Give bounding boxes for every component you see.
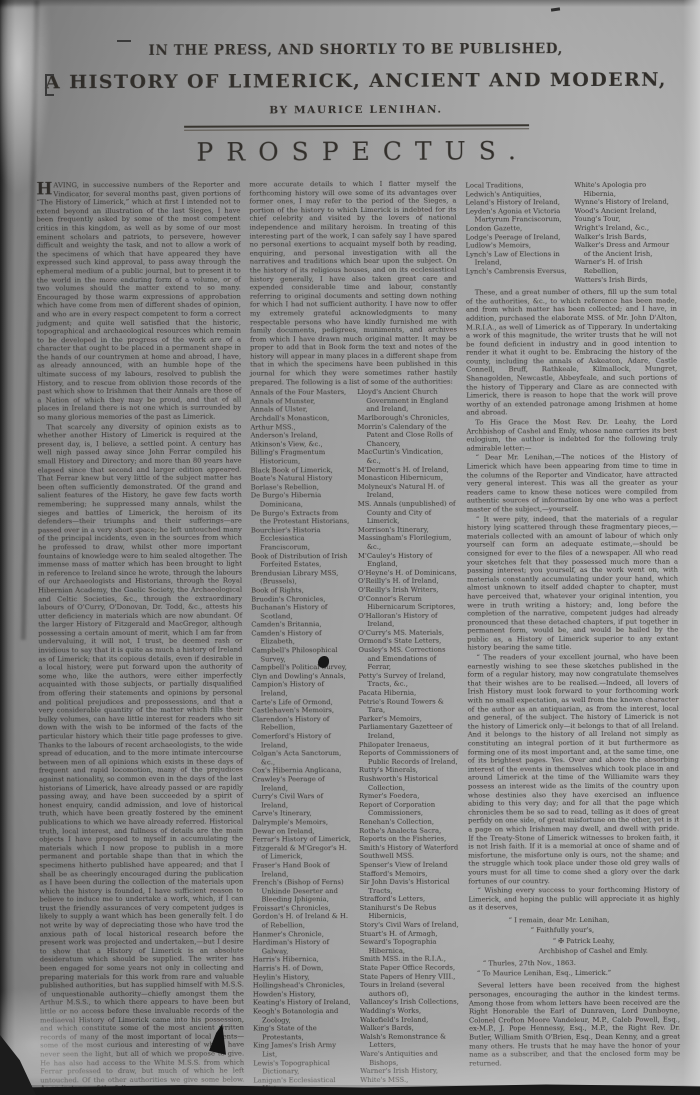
authority-item: Bourchier's Historia Ecclesiastica Franc… [251,526,351,552]
authority-item: Billing's Fragmentum Historicum, [250,448,350,466]
authorities-list-left: Annals of the Four Masters,Annals of Mun… [250,388,353,1095]
authority-item: Stanihurst's De Rebus Hibernicis, [359,903,459,921]
authority-item: Vallancey's Irish Collections, [360,998,460,1007]
authority-item: Ferrar's History of Limerick, [252,835,352,844]
authority-item: Fitzgerald & M'Gregor's H. of Limerick, [252,844,352,862]
authority-item: Molyneux's Natural H. of Ireland, [358,482,458,500]
header-announcement: IN THE PRESS, AND SHORTLY TO BE PUBLISHE… [36,41,676,60]
printed-content: IN THE PRESS, AND SHORTLY TO BE PUBLISHE… [36,25,681,1095]
authority-item: Comerford's History of Ireland, [252,732,352,750]
letter-paragraph: “ Dear Mr. Lenihan,—The notices of the H… [467,453,678,514]
columns-container: HAVING, in successive numbers of the Rep… [36,179,680,1095]
authority-item: O'Curry's MS. Materials, [358,628,458,637]
authorities-list: Annals of the Four Masters,Annals of Mun… [250,388,460,1095]
authority-item: Sir John Davis's Historical Tracts, [359,878,459,896]
authority-item: Marlborough's Chronicles, [357,414,457,423]
letter-paragraph: “ The readers of your excellent journal,… [467,653,679,886]
authority-item: State Papers of Henry VIII., [360,972,460,981]
authority-item: Smith's History of Waterford [359,843,459,852]
divider-rule [184,124,529,131]
authority-item: Seward's Topographia Hibernica, [360,938,460,956]
authority-item: Lynch's Cambrensis Eversus, [466,267,568,276]
authority-item: Lynch's Law of Elections in Ireland, [466,250,568,268]
authority-item: Fraser's Hand Book of Ireland, [252,861,352,879]
authority-item: Petrie's Round Towers & Tara, [359,697,459,715]
authority-item: Story's Civil Wars of Ireland, [360,921,460,930]
authority-item: O'Heyne's H. of Dominicans, [358,568,458,577]
page-byline: BY MAURICE LENIHAN. [36,103,676,118]
authority-item: French's (Bishop of Ferns) Unkinde Deser… [252,878,352,904]
authority-item: Book of Distribution of Irish Forfeited … [251,552,351,570]
authority-item: Curry's Civil Wars of Ireland, [252,792,352,810]
paragraph: HAVING, in successive numbers of the Rep… [36,181,241,423]
authority-item: Buchanan's History of Scotland, [251,603,351,621]
prospectus-page: IN THE PRESS, AND SHORTLY TO BE PUBLISHE… [0,0,700,1095]
authority-item: De Burgo's Extracts from the Protestant … [251,509,351,527]
letter-paragraph: “ It were pity, indeed, that the materia… [467,514,679,652]
signature-line: “ I remain, dear Mr. Lenihan, [509,915,680,924]
page-header: IN THE PRESS, AND SHORTLY TO BE PUBLISHE… [36,25,677,168]
letter-date: “ Thurles, 27th Nov., 1863. [483,959,680,968]
authority-item: Wynne's History of Ireland, [574,198,676,207]
signature-line: “ ✠ Patrick Leahy, [553,937,680,946]
authority-item: Annals of the Four Masters, [250,388,350,397]
authority-item: Hollingshead's Chronicles, [253,981,353,990]
authority-item: State Paper Office Records, [360,964,460,973]
authority-item: O'Connor's Rerum Hibernicarum Scriptores… [358,594,458,612]
paper-edge-top [0,0,700,7]
authority-item: Clarendon's History of Rebellion, [252,715,352,733]
authority-item: Lloyd's Ancient Church Government in Eng… [357,388,457,414]
authority-item: Reports on the Fisheries, [359,835,459,844]
authority-item: Monasticon Hibernicum, [358,474,458,483]
authority-item: Gordon's H. of Ireland & H. of Rebellion… [253,912,353,930]
authority-item: Spenser's View of Ireland [359,860,459,869]
letter-address: “ To Maurice Lenihan, Esq., Limerick.” [477,968,680,977]
authority-item: MacCurtin's Vindication, &c., [357,448,457,466]
authority-item: De Burgo's Hibernia Dominicana, [251,491,351,509]
prospectus-heading: PROSPECTUS. [36,137,676,168]
authority-item: Tours in Ireland (several authors of), [360,981,460,999]
authority-item: Colgan's Acta Sanctorum, &c., [252,749,352,767]
authority-item: Watters's Irish Birds, [575,275,677,284]
authority-item: Parliamentary Gazetteer of Ireland, [359,723,459,741]
authority-item: Leyden's Agonia et Victoria Martyrum Fra… [465,207,567,225]
authorities-list-continued: Local Traditions,Ledwich's Antiquities,L… [465,181,676,285]
paragraph: These, and a great number of others, fil… [466,288,678,418]
authorities-list-right: Lloyd's Ancient Church Government in Eng… [357,388,460,1095]
paper-edge-right [683,0,700,1095]
column-1: HAVING, in successive numbers of the Rep… [36,181,244,1095]
authority-item: Rushworth's Historical Collection, [359,775,459,793]
authority-item: Cox's Hibernia Anglicana, [252,766,352,775]
authority-item: O'Halloran's History of Ireland, [358,611,458,629]
scan-artifact [117,40,131,42]
authority-item: Ousley's MS. Corrections and Emendations… [358,646,458,672]
authority-item: Crawley's Peerage of Ireland, [252,775,352,793]
authorities-list-left: Local Traditions,Ledwich's Antiquities,L… [465,181,567,285]
page-title: A HISTORY OF LIMERICK, ANCIENT AND MODER… [36,69,676,94]
authority-item: Massingham's Florilegium, &c., [358,534,458,552]
authority-item: Reports of Commissioners of Public Recor… [359,749,459,767]
authorities-list-right: White's Apologia pro Hibernia,Wynne's Hi… [574,181,676,285]
column-3: Local Traditions,Ledwich's Antiquities,L… [465,179,680,1095]
authority-item: Morrin's Calendary of the Patent and Clo… [357,422,457,448]
authority-item: Leland's History of Ireland, [465,198,567,207]
authority-item: Keogh's Botanologia and Zoology, [253,1007,353,1025]
authority-item: Brendusian Library MSS, (Brussels), [251,569,351,587]
paragraph: To His Grace the Most Rev. Dr. Leahy, th… [466,418,677,453]
paragraph: more accurate details to which I flatter… [249,180,457,387]
column-2: more accurate details to which I flatter… [249,180,460,1095]
authority-item: Warner's H. of Irish Rebellion, [575,258,677,276]
authority-item: M'Cauley's History of England, [358,551,458,569]
scan-artifact [45,74,54,96]
authority-item: Campion's History of Ireland, [252,680,352,698]
authority-item: Lodge's Peerage of Ireland, [466,233,568,242]
signature-line: Archbishop of Cashel and Emly. [539,946,680,955]
authority-item: Clyn and Dowling's Annals, [251,672,351,681]
authority-item: Hardiman's History of Galway, [253,938,353,956]
authority-item: Campbell's Political Survey, [251,663,351,672]
authority-item: Campbell's Philosophical Survey, [251,646,351,664]
authority-item: Walker's Dress and Armour of the Ancient… [575,241,677,259]
authority-item: White's Apologia pro Hibernia, [574,181,676,199]
authority-item: Camden's History of Elizabeth, [251,629,351,647]
authority-item: Report of Corporation Commissioners, [359,800,459,818]
authority-item: MS. Annals (unpublished) of County and C… [358,500,458,526]
paper-stain [0,1037,700,1085]
paper-fold-highlight [0,6,52,196]
authority-item: Petty's Survey of Ireland, Tracts, &c., [358,671,458,689]
signature-line: “ Faithfully your's, [531,926,680,935]
letter-paragraph: “ Wishing every success to your forthcom… [468,886,679,913]
paragraph-text: AVING, in successive numbers of the Repo… [36,181,241,422]
